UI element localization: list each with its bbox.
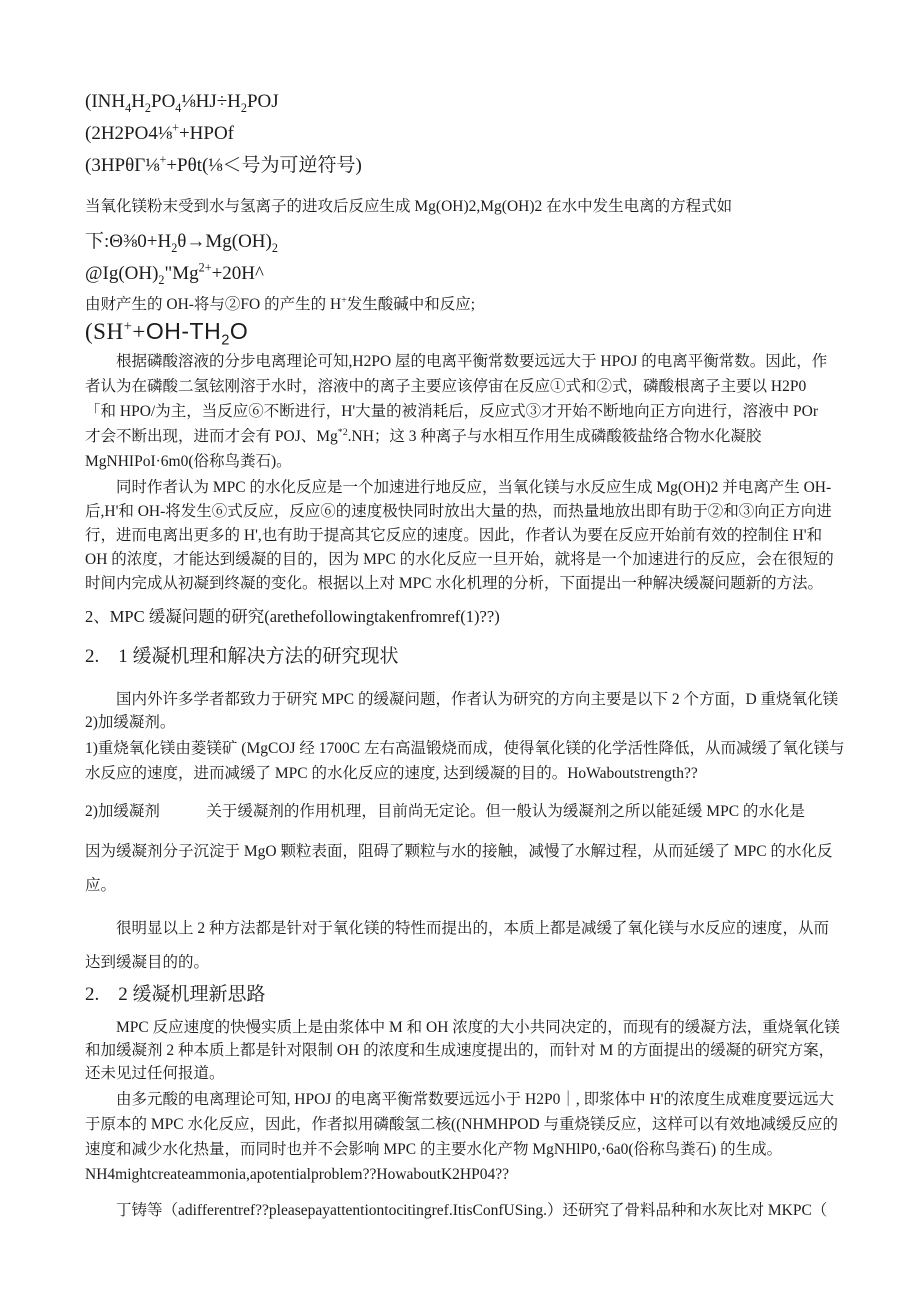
sup-text: + <box>172 121 179 135</box>
text-line: 由多元酸的电离理论可知, HPOJ 的电离平衡常数要远远小于 H2P0｜, 即浆… <box>85 1087 850 1112</box>
para-retarder-mechanism-end: 应。 <box>85 873 850 898</box>
text-line: 和加缓凝剂 2 种本质上都是针对限制 OH 的浓度和生成速度提出的，而针对 M … <box>85 1039 850 1062</box>
heading-2-1-current-status: 2. 1 缓凝机理和解决方法的研究现状 <box>85 644 850 670</box>
sub-text: 2 <box>272 241 278 255</box>
equation-mg-oh-ionization: @Ig(OH)2"Mg2++20H^ <box>85 259 850 289</box>
para-mg-oh-intro: 当氧化镁粉末受到水与氢离子的进攻后反应生成 Mg(OH)2,Mg(OH)2 在水… <box>85 194 850 220</box>
text-line: 国内外许多学者都致力于研究 MPC 的缓凝问题，作者认为研究的方向主要是以下 2… <box>85 688 850 711</box>
text-line: 2. 1 缓凝机理和解决方法的研究现状 <box>85 644 850 670</box>
para-two-methods-summary: 很明显以上 2 种方法都是针对于氧化镁的特性而提出的，本质上都是减缓了氧化镁与水… <box>85 912 850 980</box>
text-line: 2. 2 缓凝机理新思路 <box>85 982 850 1008</box>
sup-text: *2 <box>338 427 348 438</box>
text-line: 当氧化镁粉末受到水与氢离子的进攻后反应生成 Mg(OH)2,Mg(OH)2 在水… <box>85 194 850 220</box>
sub-text: 4 <box>175 101 181 115</box>
inline-text: OH-TH <box>146 318 221 344</box>
sub-text: 2 <box>221 333 230 349</box>
text-line: 2)加缓凝剂 关于缓凝剂的作用机理，目前尚无定论。但一般认为缓凝剂之所以能延缓 … <box>85 799 850 824</box>
para-research-directions: 国内外许多学者都致力于研究 MPC 的缓凝问题，作者认为研究的方向主要是以下 2… <box>85 688 850 734</box>
text-line: 根据磷酸溶液的分步电离理论可知,H2PO 屋的电离平衡常数要远远大于 HPOJ … <box>85 349 850 374</box>
sup-text: + <box>159 153 166 167</box>
text-line: 「和 HPO/为主，当反应⑥不断进行，H'大量的被消耗后，反应式③才开始不断地向… <box>85 399 850 424</box>
para-new-idea-intro: MPC 反应速度的快慢实质上是由浆体中 M 和 OH 浓度的大小共同决定的，而现… <box>85 1016 850 1085</box>
reaction-equations-1-3: (INH4H2PO4⅛HJ÷H2POJ(2H2PO4⅛++HPOf(3HPθΓ⅛… <box>85 86 850 182</box>
sub-text: 2 <box>158 273 164 287</box>
text-line: (3HPθΓ⅛++Pθt(⅛＜号为可逆符号) <box>85 150 850 182</box>
para-phosphoric-ionization: 根据磷酸溶液的分步电离理论可知,H2PO 屋的电离平衡常数要远远大于 HPOJ … <box>85 349 850 474</box>
sub-text: 2 <box>145 101 151 115</box>
text-line: (2H2PO4⅛++HPOf <box>85 118 850 150</box>
text-line: @Ig(OH)2"Mg2++20H^ <box>85 259 850 289</box>
text-line: 水反应的速度，进而减缓了 MPC 的水化反应的速度, 达到缓凝的目的。HoWab… <box>85 761 850 786</box>
text-line: 于原本的 MPC 水化反应，因此，作者拟用磷酸氢二核((NHMHPOD 与重烧镁… <box>85 1112 850 1137</box>
para-ding-zhu-reference: 丁铸等（adifferentref??pleasepayattentiontoc… <box>85 1198 850 1223</box>
sub-text: 2 <box>171 241 177 255</box>
para-dead-burned-magnesia: 1)重烧氧化镁由菱镁矿 (MgCOJ 经 1700C 左右高温锻烧而成，使得氧化… <box>85 736 850 786</box>
text-line: 应。 <box>85 873 850 898</box>
sub-text: 4 <box>125 101 131 115</box>
text-line: 2、MPC 缓凝问题的研究(arethefollowingtakenfromre… <box>85 605 850 629</box>
text-line: 者认为在磷酸二氢铉刚溶于水时，溶液中的离子主要应该停宙在反应①式和②式，磷酸根离… <box>85 374 850 399</box>
para-acid-base-neutralization: 由财产生的 OH-将与②FO 的产生的 H+发生酸碱中和反应; <box>85 292 850 317</box>
document-page: (INH4H2PO4⅛HJ÷H2POJ(2H2PO4⅛++HPOf(3HPθΓ⅛… <box>0 0 920 1301</box>
text-line: 下:Θ⅜0+H2θ→Mg(OH)2 <box>85 227 850 257</box>
text-line: 很明显以上 2 种方法都是针对于氧化镁的特性而提出的，本质上都是减缓了氧化镁与水… <box>85 912 850 946</box>
para-retarder-mechanism-2: 因为缓凝剂分子沉淀于 MgO 颗粒表面，阻碍了颗粒与水的接触，减慢了水解过程，从… <box>85 839 850 864</box>
inline-text: O <box>230 318 248 344</box>
text-line: OH 的浓度，才能达到缓凝的目的，因为 MPC 的水化反应一旦开始，就将是一个加… <box>85 548 850 572</box>
text-line: 丁铸等（adifferentref??pleasepayattentiontoc… <box>85 1198 850 1223</box>
para-polyacid-theory: 由多元酸的电离理论可知, HPOJ 的电离平衡常数要远远小于 H2P0｜, 即浆… <box>85 1087 850 1187</box>
text-line: 同时作者认为 MPC 的水化反应是一个加速进行地反应，当氧化镁与水反应生成 Mg… <box>85 476 850 500</box>
equation-mg-oh-formation: 下:Θ⅜0+H2θ→Mg(OH)2 <box>85 227 850 257</box>
text-line: 因为缓凝剂分子沉淀于 MgO 颗粒表面，阻碍了颗粒与水的接触，减慢了水解过程，从… <box>85 839 850 864</box>
equation-neutralization: (SH++OH-TH2O <box>85 317 850 346</box>
text-line: 速度和减少水化热量，而同时也并不会影响 MPC 的主要水化产物 MgNHlP0,… <box>85 1137 850 1162</box>
text-line: 行，进而电离出更多的 H',也有助于提高其它反应的速度。因此，作者认为要在反应开… <box>85 524 850 548</box>
text-line: MgNHIPoI·6m0(俗称鸟粪石)。 <box>85 449 850 474</box>
text-line: (SH++OH-TH2O <box>85 317 850 346</box>
text-line: NH4mightcreateammonia,apotentialproblem?… <box>85 1162 850 1187</box>
document-body: (INH4H2PO4⅛HJ÷H2POJ(2H2PO4⅛++HPOf(3HPθΓ⅛… <box>85 86 850 1223</box>
text-line: 达到缓凝目的的。 <box>85 946 850 980</box>
sup-text: + <box>124 318 133 334</box>
para-retarder-mechanism: 2)加缓凝剂 关于缓凝剂的作用机理，目前尚无定论。但一般认为缓凝剂之所以能延缓 … <box>85 799 850 824</box>
text-line: 时间内完成从初凝到终凝的变化。根据以上对 MPC 水化机理的分析，下面提出一种解… <box>85 572 850 596</box>
text-line: 2)加缓凝剂。 <box>85 711 850 734</box>
text-line: 才会不断出现，进而才会有 POJ、Mg*2.NH；这 3 种离子与水相互作用生成… <box>85 424 850 449</box>
text-line: MPC 反应速度的快慢实质上是由浆体中 M 和 OH 浓度的大小共同决定的，而现… <box>85 1016 850 1039</box>
text-line: 由财产生的 OH-将与②FO 的产生的 H+发生酸碱中和反应; <box>85 292 850 317</box>
sub-text: 2 <box>241 101 247 115</box>
text-line: (INH4H2PO4⅛HJ÷H2POJ <box>85 86 850 118</box>
sup-text: + <box>341 295 347 306</box>
heading-2-mpc-retarding-research: 2、MPC 缓凝问题的研究(arethefollowingtakenfromre… <box>85 605 850 629</box>
sup-text: 2+ <box>199 261 212 275</box>
text-line: 1)重烧氧化镁由菱镁矿 (MgCOJ 经 1700C 左右高温锻烧而成，使得氧化… <box>85 736 850 761</box>
text-line: 后,H'和 OH-将发生⑥式反应，反应⑥的速度极快同时放出大量的热，而热量地放出… <box>85 500 850 524</box>
heading-2-2-new-idea: 2. 2 缓凝机理新思路 <box>85 982 850 1008</box>
text-line: 还未见过任何报道。 <box>85 1062 850 1085</box>
para-mpc-hydration: 同时作者认为 MPC 的水化反应是一个加速进行地反应，当氧化镁与水反应生成 Mg… <box>85 476 850 596</box>
